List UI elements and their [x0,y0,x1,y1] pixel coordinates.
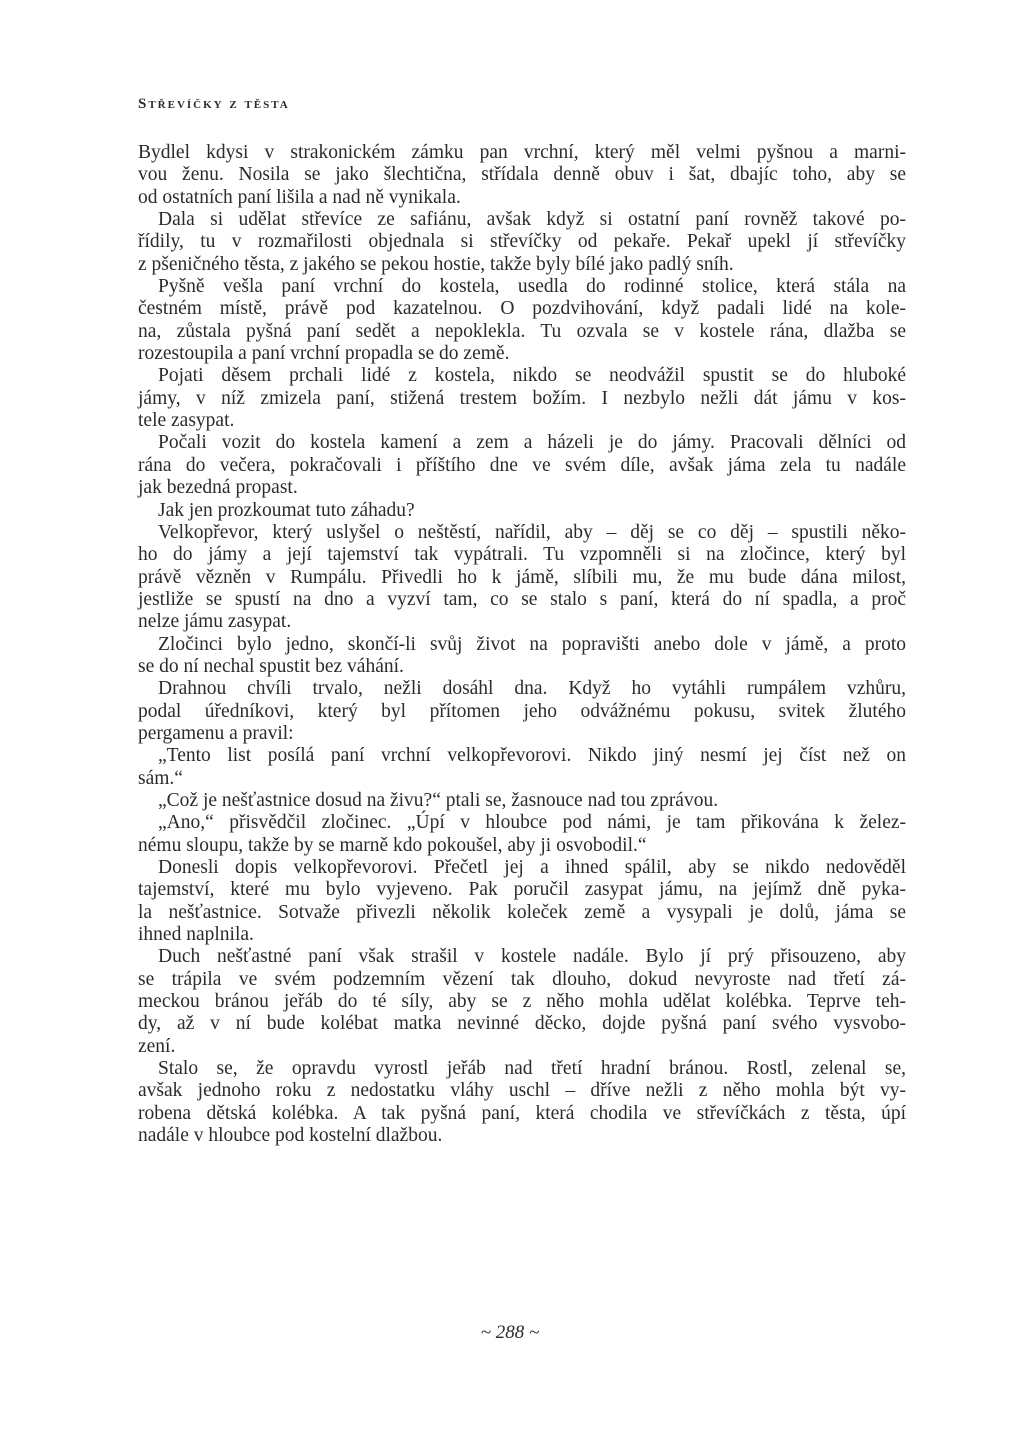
paragraph: Dala si udělat střevíce ze safiánu, avša… [138,209,906,276]
text-line: Jak jen prozkoumat tuto záhadu? [138,500,906,522]
text-line: „Což je nešťastnice dosud na živu?“ ptal… [138,790,906,812]
text-line: ihned naplnila. [138,924,906,946]
text-line: Počali vozit do kostela kamení a zem a h… [138,432,906,454]
text-line: Velkopřevor, který uslyšel o neštěstí, n… [138,522,906,544]
text-line: řídily, tu v rozmařilosti objednala si s… [138,231,906,253]
text-line: Drahnou chvíli trvalo, nežli dosáhl dna.… [138,678,906,700]
text-line: Donesli dopis velkopřevorovi. Přečetl je… [138,857,906,879]
text-line: vou ženu. Nosila se jako šlechtična, stř… [138,164,906,186]
text-line: jámy, v níž zmizela paní, stižená treste… [138,388,906,410]
text-line: meckou bránou jeřáb do té síly, aby se z… [138,991,906,1013]
paragraph: „Což je nešťastnice dosud na živu?“ ptal… [138,790,906,812]
text-line: Pojati děsem prchali lidé z kostela, nik… [138,365,906,387]
paragraph: Drahnou chvíli trvalo, nežli dosáhl dna.… [138,678,906,745]
text-line: „Ano,“ přisvědčil zločinec. „Úpí v hloub… [138,812,906,834]
text-line: rozestoupila a paní vrchní propadla se d… [138,343,906,365]
text-line: Dala si udělat střevíce ze safiánu, avša… [138,209,906,231]
chapter-heading: Střevíčky z těsta [138,96,290,113]
paragraph: Počali vozit do kostela kamení a zem a h… [138,432,906,499]
text-line: se trápila ve svém podzemním vězení tak … [138,969,906,991]
text-line: právě vězněn v Rumpálu. Přivedli ho k já… [138,567,906,589]
text-line: jak bezedná propast. [138,477,906,499]
text-line: Pyšně vešla paní vrchní do kostela, used… [138,276,906,298]
text-line: podal úředníkovi, který byl přítomen jeh… [138,701,906,723]
paragraph: Pojati děsem prchali lidé z kostela, nik… [138,365,906,432]
text-line: avšak jednoho roku z nedostatku vláhy us… [138,1080,906,1102]
text-line: tajemství, které mu bylo vyjeveno. Pak p… [138,879,906,901]
text-line: na, zůstala pyšná paní sedět a nepoklekl… [138,321,906,343]
paragraph: Bydlel kdysi v strakonickém zámku pan vr… [138,142,906,209]
story-text: Bydlel kdysi v strakonickém zámku pan vr… [138,142,906,1147]
paragraph: Pyšně vešla paní vrchní do kostela, used… [138,276,906,365]
text-line: robena dětská kolébka. A tak pyšná paní,… [138,1103,906,1125]
text-line: tele zasypat. [138,410,906,432]
text-line: „Tento list posílá paní vrchní velkopřev… [138,745,906,767]
text-line: sám.“ [138,768,906,790]
text-line: se do ní nechal spustit bez váhání. [138,656,906,678]
paragraph: Jak jen prozkoumat tuto záhadu? [138,500,906,522]
paragraph: „Ano,“ přisvědčil zločinec. „Úpí v hloub… [138,812,906,857]
paragraph: Zločinci bylo jedno, skončí-li svůj živo… [138,634,906,679]
paragraph: Donesli dopis velkopřevorovi. Přečetl je… [138,857,906,946]
text-line: la nešťastnice. Sotvaže přivezli několik… [138,902,906,924]
paragraph: Velkopřevor, který uslyšel o neštěstí, n… [138,522,906,634]
text-line: nému sloupu, takže by se marně kdo pokou… [138,835,906,857]
text-line: zení. [138,1036,906,1058]
paragraph: „Tento list posílá paní vrchní velkopřev… [138,745,906,790]
text-line: Bydlel kdysi v strakonickém zámku pan vr… [138,142,906,164]
text-line: čestném místě, právě pod kazatelnou. O p… [138,298,906,320]
text-line: dy, až v ní bude kolébat matka nevinné d… [138,1013,906,1035]
text-line: ho do jámy a její tajemství tak vypátral… [138,544,906,566]
text-line: pergamenu a pravil: [138,723,906,745]
text-line: Zločinci bylo jedno, skončí-li svůj živo… [138,634,906,656]
text-line: rána do večera, pokračovali i příštího d… [138,455,906,477]
text-line: Stalo se, že opravdu vyrostl jeřáb nad t… [138,1058,906,1080]
book-page: Střevíčky z těsta Bydlel kdysi v strakon… [0,0,1020,1440]
text-line: nadále v hloubce pod kostelní dlažbou. [138,1125,906,1147]
text-line: nelze jámu zasypat. [138,611,906,633]
paragraph: Stalo se, že opravdu vyrostl jeřáb nad t… [138,1058,906,1147]
text-line: jestliže se spustí na dno a vyzví tam, c… [138,589,906,611]
text-line: z pšeničného těsta, z jakého se pekou ho… [138,254,906,276]
page-number: ~ 288 ~ [0,1322,1020,1344]
text-line: Duch nešťastné paní však strašil v koste… [138,946,906,968]
paragraph: Duch nešťastné paní však strašil v koste… [138,946,906,1058]
text-line: od ostatních paní lišila a nad ně vynika… [138,187,906,209]
